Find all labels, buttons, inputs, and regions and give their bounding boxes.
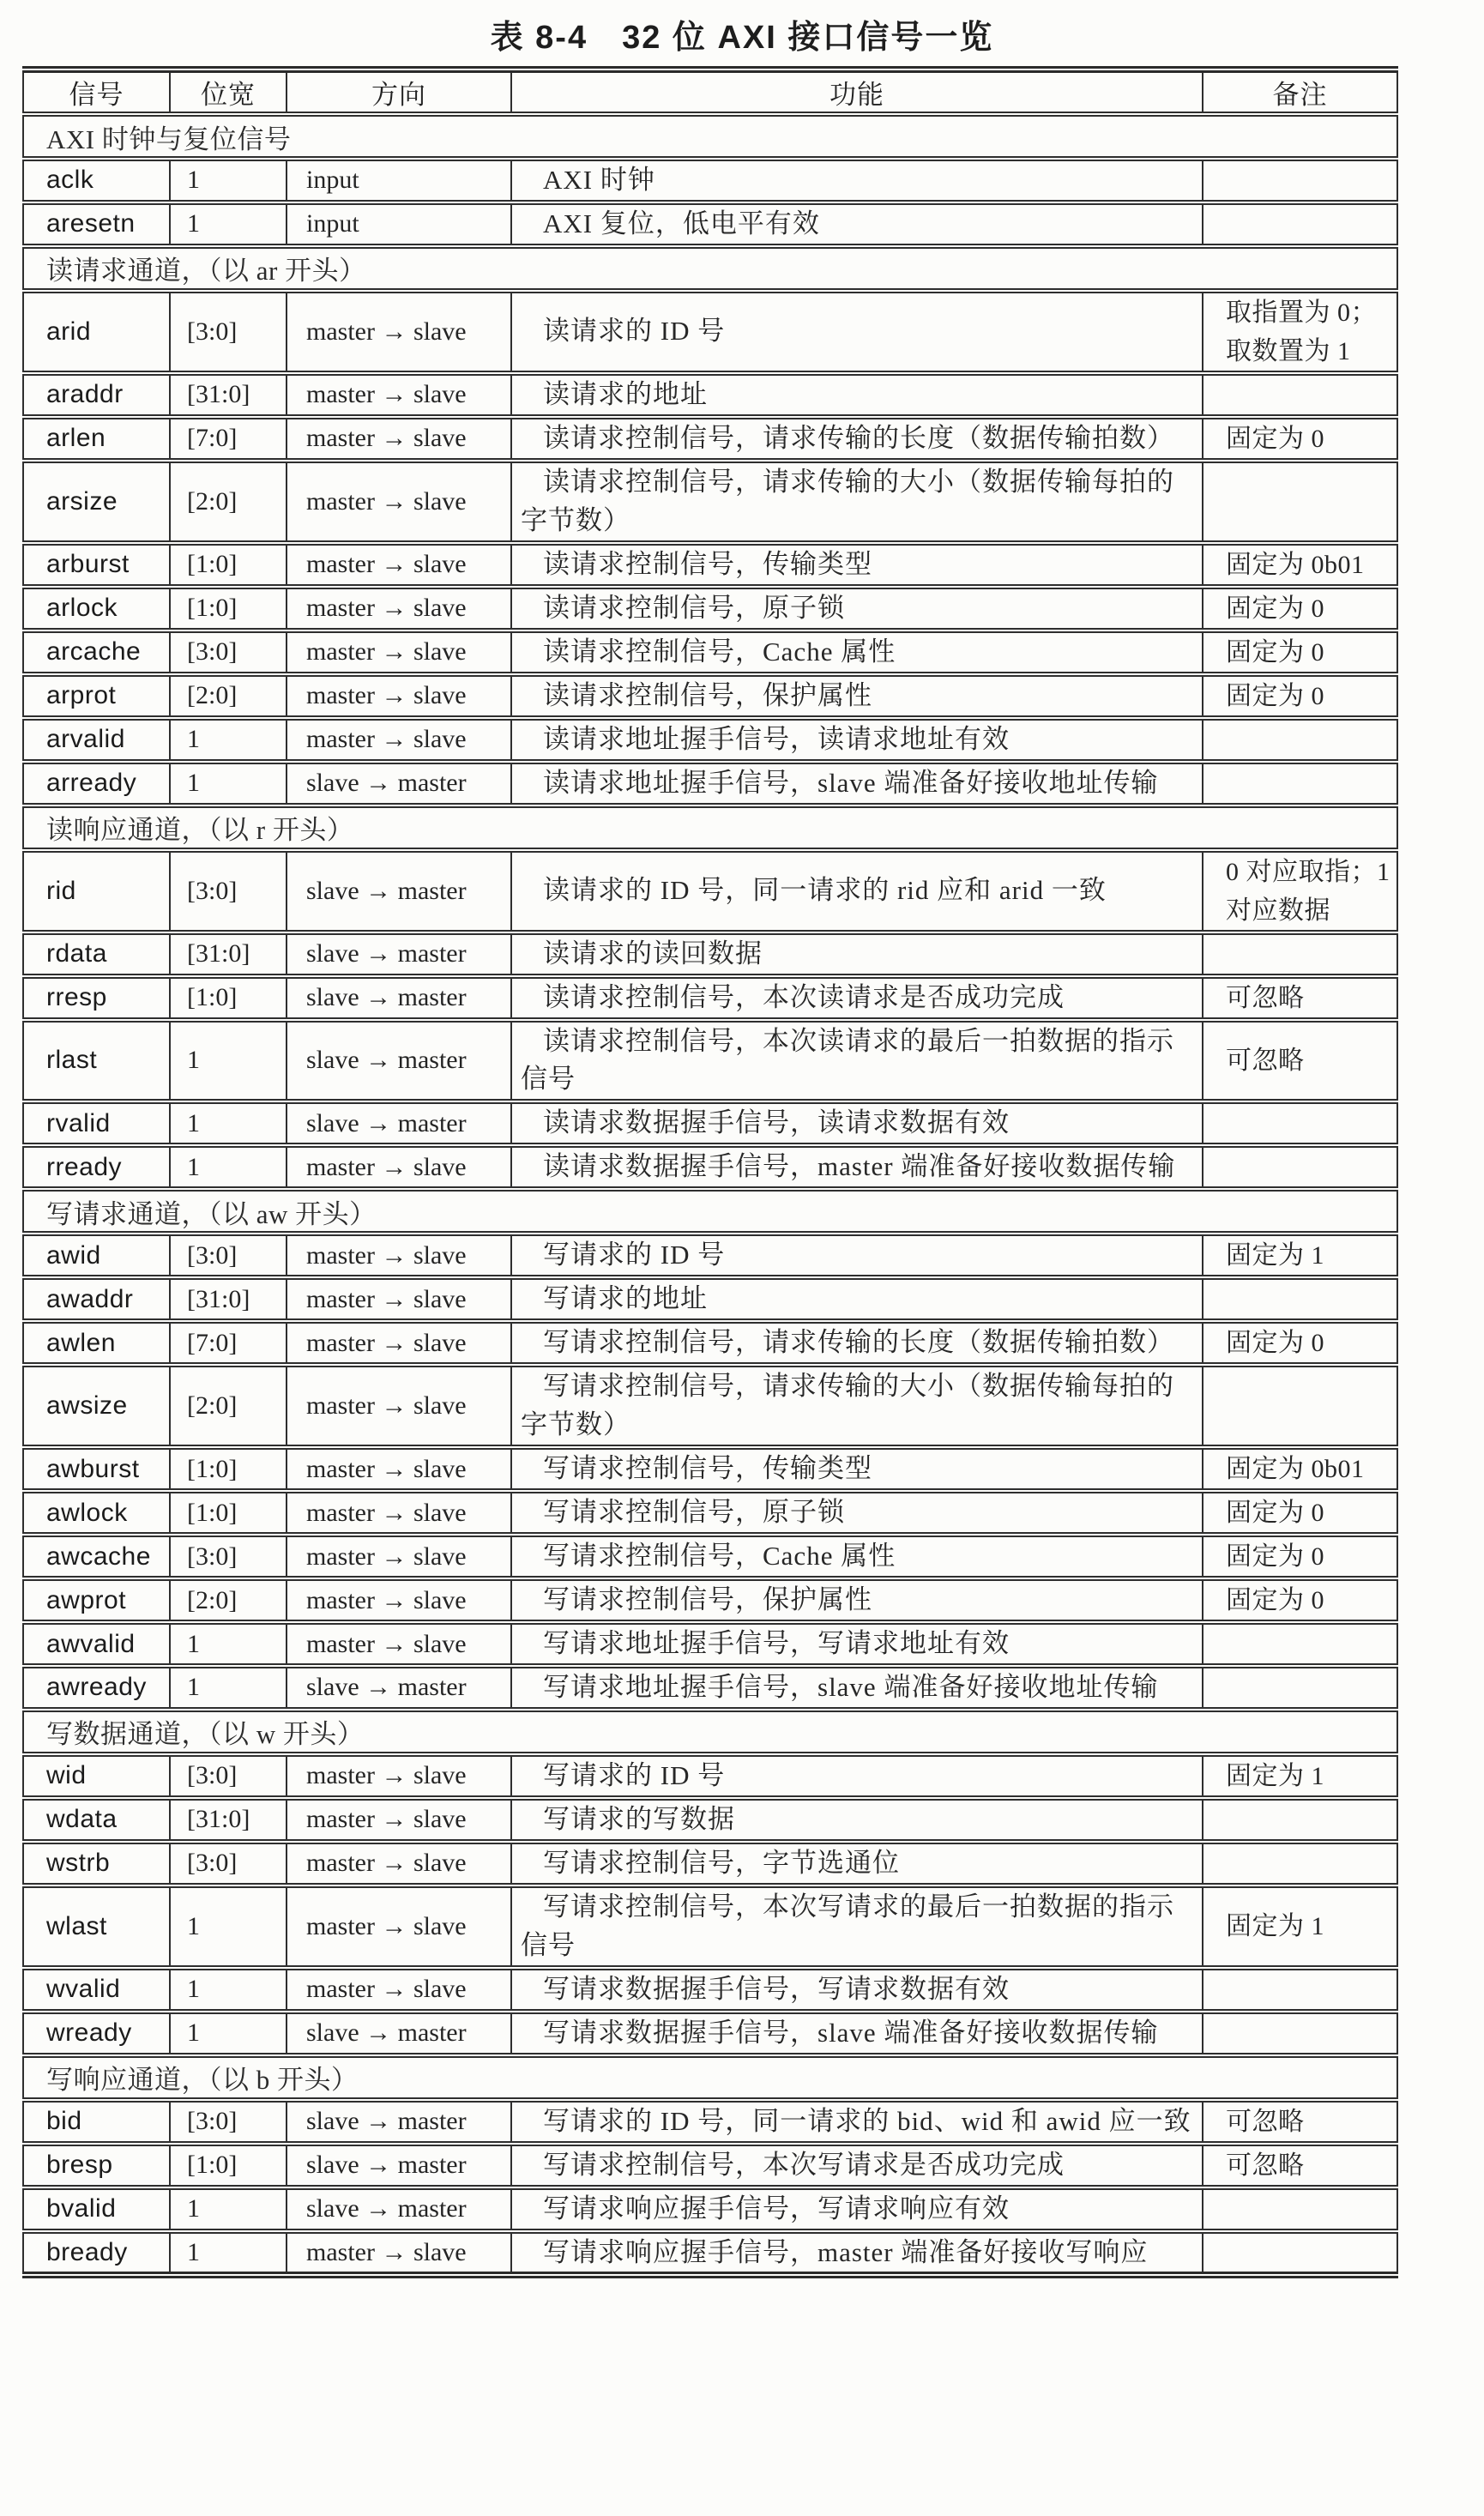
scanned-page: { "page": { "title": "表 8-4 32 位 AXI 接口信… [0, 0, 1484, 2516]
note-cell [1203, 1622, 1397, 1666]
width-cell: 1 [170, 1885, 287, 1968]
section-row: 写数据通道，（以 w 开头） [23, 1710, 1397, 1754]
function-cell: 写请求地址握手信号，slave 端准备好接收地址传输 [511, 1666, 1203, 1710]
table-row: wid[3:0]master → slave写请求的 ID 号固定为 1 [23, 1754, 1397, 1798]
function-cell: 写请求地址握手信号，写请求地址有效 [511, 1622, 1203, 1666]
width-cell: [3:0] [170, 1754, 287, 1798]
section-row: 写请求通道，（以 aw 开头） [23, 1189, 1397, 1234]
width-cell: [3:0] [170, 291, 287, 373]
function-cell: 读请求地址握手信号，读请求地址有效 [511, 718, 1203, 762]
width-cell: [3:0] [170, 1842, 287, 1885]
column-header-direction: 方向 [287, 69, 511, 114]
signal-cell: rresp [23, 976, 170, 1020]
width-cell: [31:0] [170, 1277, 287, 1321]
table-row: arid[3:0]master → slave读请求的 ID 号取指置为 0；取… [23, 291, 1397, 373]
direction-cell: master → slave [287, 2231, 511, 2276]
function-cell: 读请求控制信号，传输类型 [511, 543, 1203, 587]
signal-cell: bready [23, 2231, 170, 2276]
direction-cell: master → slave [287, 1277, 511, 1321]
function-cell: 读请求的 ID 号，同一请求的 rid 应和 arid 一致 [511, 850, 1203, 932]
width-cell: [1:0] [170, 1491, 287, 1535]
direction-cell: slave → master [287, 932, 511, 976]
direction-cell: master → slave [287, 718, 511, 762]
note-cell: 固定为 0b01 [1203, 1447, 1397, 1491]
table-body: AXI 时钟与复位信号aclk1inputAXI 时钟aresetn1input… [23, 114, 1397, 2275]
note-cell: 可忽略 [1203, 2100, 1397, 2144]
table-row: arlen[7:0]master → slave读请求控制信号，请求传输的长度（… [23, 417, 1397, 461]
signal-cell: arburst [23, 543, 170, 587]
section-row: 读请求通道，（以 ar 开头） [23, 246, 1397, 291]
function-cell: 写请求控制信号，本次写请求是否成功完成 [511, 2144, 1203, 2187]
width-cell: 1 [170, 1101, 287, 1145]
section-row: 写响应通道，（以 b 开头） [23, 2055, 1397, 2100]
table-row: awlen[7:0]master → slave写请求控制信号，请求传输的长度（… [23, 1321, 1397, 1365]
table-row: bresp[1:0]slave → master写请求控制信号，本次写请求是否成… [23, 2144, 1397, 2187]
direction-cell: slave → master [287, 850, 511, 932]
signal-cell: rid [23, 850, 170, 932]
table-row: rvalid1slave → master读请求数据握手信号，读请求数据有效 [23, 1101, 1397, 1145]
note-cell [1203, 1365, 1397, 1447]
note-cell: 固定为 0 [1203, 417, 1397, 461]
table-row: rlast1slave → master读请求控制信号，本次读请求的最后一拍数据… [23, 1020, 1397, 1102]
signal-cell: wdata [23, 1798, 170, 1842]
width-cell: [3:0] [170, 850, 287, 932]
note-cell: 固定为 1 [1203, 1885, 1397, 1968]
direction-cell: master → slave [287, 1447, 511, 1491]
signal-cell: awlock [23, 1491, 170, 1535]
width-cell: [7:0] [170, 1321, 287, 1365]
function-cell: 写请求的地址 [511, 1277, 1203, 1321]
width-cell: [31:0] [170, 1798, 287, 1842]
table-row: araddr[31:0]master → slave读请求的地址 [23, 373, 1397, 417]
signal-cell: arlen [23, 417, 170, 461]
direction-cell: input [287, 202, 511, 246]
table-row: awcache[3:0]master → slave写请求控制信号，Cache … [23, 1535, 1397, 1578]
note-cell [1203, 461, 1397, 543]
note-cell [1203, 159, 1397, 202]
function-cell: 写请求控制信号，保护属性 [511, 1578, 1203, 1622]
direction-cell: master → slave [287, 291, 511, 373]
width-cell: [2:0] [170, 674, 287, 718]
signal-cell: awsize [23, 1365, 170, 1447]
table-header: 信号 位宽 方向 功能 备注 [23, 69, 1397, 114]
function-cell: 读请求控制信号，本次读请求是否成功完成 [511, 976, 1203, 1020]
function-cell: 写请求响应握手信号，写请求响应有效 [511, 2187, 1203, 2231]
column-header-width: 位宽 [170, 69, 287, 114]
width-cell: 1 [170, 718, 287, 762]
table-row: awid[3:0]master → slave写请求的 ID 号固定为 1 [23, 1234, 1397, 1277]
function-cell: 写请求数据握手信号，写请求数据有效 [511, 1968, 1203, 2012]
note-cell: 0 对应取指；1 对应数据 [1203, 850, 1397, 932]
direction-cell: master → slave [287, 587, 511, 631]
table-row: rid[3:0]slave → master读请求的 ID 号，同一请求的 ri… [23, 850, 1397, 932]
note-cell [1203, 762, 1397, 805]
table-row: awburst[1:0]master → slave写请求控制信号，传输类型固定… [23, 1447, 1397, 1491]
signal-cell: rready [23, 1145, 170, 1189]
signal-cell: arid [23, 291, 170, 373]
note-cell: 取指置为 0；取数置为 1 [1203, 291, 1397, 373]
direction-cell: master → slave [287, 631, 511, 674]
direction-cell: slave → master [287, 762, 511, 805]
width-cell: [1:0] [170, 587, 287, 631]
table-row: bvalid1slave → master写请求响应握手信号，写请求响应有效 [23, 2187, 1397, 2231]
table-row: arcache[3:0]master → slave读请求控制信号，Cache … [23, 631, 1397, 674]
width-cell: 1 [170, 762, 287, 805]
function-cell: 写请求的 ID 号 [511, 1754, 1203, 1798]
note-cell: 固定为 0 [1203, 1535, 1397, 1578]
function-cell: 写请求控制信号，传输类型 [511, 1447, 1203, 1491]
function-cell: 读请求的 ID 号 [511, 291, 1203, 373]
function-cell: 写请求控制信号，本次写请求的最后一拍数据的指示信号 [511, 1885, 1203, 1968]
note-cell: 可忽略 [1203, 2144, 1397, 2187]
width-cell: 1 [170, 1020, 287, 1102]
table-row: rdata[31:0]slave → master读请求的读回数据 [23, 932, 1397, 976]
direction-cell: master → slave [287, 461, 511, 543]
function-cell: 读请求控制信号，原子锁 [511, 587, 1203, 631]
direction-cell: input [287, 159, 511, 202]
direction-cell: master → slave [287, 1885, 511, 1968]
table-row: awprot[2:0]master → slave写请求控制信号，保护属性固定为… [23, 1578, 1397, 1622]
note-cell: 固定为 0 [1203, 674, 1397, 718]
function-cell: 写请求控制信号，原子锁 [511, 1491, 1203, 1535]
signal-cell: awlen [23, 1321, 170, 1365]
width-cell: [3:0] [170, 631, 287, 674]
function-cell: 写请求响应握手信号，master 端准备好接收写响应 [511, 2231, 1203, 2276]
direction-cell: slave → master [287, 2144, 511, 2187]
signal-cell: bid [23, 2100, 170, 2144]
section-label: 写响应通道，（以 b 开头） [23, 2055, 1397, 2100]
width-cell: 1 [170, 1968, 287, 2012]
direction-cell: slave → master [287, 2187, 511, 2231]
width-cell: [1:0] [170, 1447, 287, 1491]
function-cell: AXI 复位，低电平有效 [511, 202, 1203, 246]
signal-cell: bresp [23, 2144, 170, 2187]
direction-cell: master → slave [287, 1968, 511, 2012]
direction-cell: master → slave [287, 1798, 511, 1842]
width-cell: [2:0] [170, 1365, 287, 1447]
section-row: AXI 时钟与复位信号 [23, 114, 1397, 159]
note-cell [1203, 1842, 1397, 1885]
table-row: bready1master → slave写请求响应握手信号，master 端准… [23, 2231, 1397, 2276]
table-row: arlock[1:0]master → slave读请求控制信号，原子锁固定为 … [23, 587, 1397, 631]
function-cell: 写请求控制信号，Cache 属性 [511, 1535, 1203, 1578]
width-cell: [3:0] [170, 1234, 287, 1277]
note-cell: 固定为 0 [1203, 587, 1397, 631]
signal-cell: bvalid [23, 2187, 170, 2231]
signal-cell: wlast [23, 1885, 170, 1968]
note-cell [1203, 2012, 1397, 2055]
direction-cell: master → slave [287, 1145, 511, 1189]
axi-signal-table: 信号 位宽 方向 功能 备注 AXI 时钟与复位信号aclk1inputAXI … [22, 66, 1398, 2278]
note-cell [1203, 202, 1397, 246]
width-cell: [2:0] [170, 461, 287, 543]
width-cell: 1 [170, 159, 287, 202]
note-cell: 固定为 0 [1203, 631, 1397, 674]
table-row: rresp[1:0]slave → master读请求控制信号，本次读请求是否成… [23, 976, 1397, 1020]
signal-cell: awcache [23, 1535, 170, 1578]
width-cell: 1 [170, 1622, 287, 1666]
function-cell: 读请求的地址 [511, 373, 1203, 417]
page-title: 表 8-4 32 位 AXI 接口信号一览 [0, 10, 1484, 57]
signal-cell: rlast [23, 1020, 170, 1102]
function-cell: 读请求数据握手信号，读请求数据有效 [511, 1101, 1203, 1145]
function-cell: 读请求控制信号，本次读请求的最后一拍数据的指示信号 [511, 1020, 1203, 1102]
note-cell: 可忽略 [1203, 1020, 1397, 1102]
table-row: aclk1inputAXI 时钟 [23, 159, 1397, 202]
section-row: 读响应通道，（以 r 开头） [23, 805, 1397, 850]
direction-cell: master → slave [287, 1491, 511, 1535]
direction-cell: master → slave [287, 1365, 511, 1447]
width-cell: 1 [170, 202, 287, 246]
function-cell: 读请求数据握手信号，master 端准备好接收数据传输 [511, 1145, 1203, 1189]
width-cell: 1 [170, 1145, 287, 1189]
column-header-signal: 信号 [23, 69, 170, 114]
function-cell: 写请求控制信号，字节选通位 [511, 1842, 1203, 1885]
signal-cell: awid [23, 1234, 170, 1277]
function-cell: 读请求地址握手信号，slave 端准备好接收地址传输 [511, 762, 1203, 805]
note-cell [1203, 1666, 1397, 1710]
direction-cell: slave → master [287, 976, 511, 1020]
direction-cell: master → slave [287, 543, 511, 587]
width-cell: [3:0] [170, 1535, 287, 1578]
note-cell [1203, 1101, 1397, 1145]
direction-cell: master → slave [287, 674, 511, 718]
table-row: awvalid1master → slave写请求地址握手信号，写请求地址有效 [23, 1622, 1397, 1666]
signal-cell: aclk [23, 159, 170, 202]
direction-cell: master → slave [287, 417, 511, 461]
function-cell: 写请求的 ID 号 [511, 1234, 1203, 1277]
table-row: wdata[31:0]master → slave写请求的写数据 [23, 1798, 1397, 1842]
note-cell: 固定为 0b01 [1203, 543, 1397, 587]
width-cell: [1:0] [170, 976, 287, 1020]
table-row: arvalid1master → slave读请求地址握手信号，读请求地址有效 [23, 718, 1397, 762]
table-row: awlock[1:0]master → slave写请求控制信号，原子锁固定为 … [23, 1491, 1397, 1535]
signal-cell: araddr [23, 373, 170, 417]
direction-cell: master → slave [287, 373, 511, 417]
function-cell: 读请求的读回数据 [511, 932, 1203, 976]
signal-cell: wid [23, 1754, 170, 1798]
note-cell: 固定为 1 [1203, 1754, 1397, 1798]
note-cell: 固定为 0 [1203, 1321, 1397, 1365]
signal-cell: awready [23, 1666, 170, 1710]
direction-cell: slave → master [287, 2100, 511, 2144]
direction-cell: master → slave [287, 1234, 511, 1277]
signal-cell: awburst [23, 1447, 170, 1491]
signal-cell: aresetn [23, 202, 170, 246]
section-label: 读响应通道，（以 r 开头） [23, 805, 1397, 850]
section-label: 写请求通道，（以 aw 开头） [23, 1189, 1397, 1234]
direction-cell: slave → master [287, 1101, 511, 1145]
function-cell: 写请求控制信号，请求传输的长度（数据传输拍数） [511, 1321, 1203, 1365]
direction-cell: slave → master [287, 1666, 511, 1710]
table-row: awsize[2:0]master → slave写请求控制信号，请求传输的大小… [23, 1365, 1397, 1447]
table-row: aresetn1inputAXI 复位，低电平有效 [23, 202, 1397, 246]
note-cell [1203, 932, 1397, 976]
width-cell: [2:0] [170, 1578, 287, 1622]
function-cell: 读请求控制信号，保护属性 [511, 674, 1203, 718]
note-cell [1203, 1968, 1397, 2012]
function-cell: 写请求控制信号，请求传输的大小（数据传输每拍的字节数） [511, 1365, 1203, 1447]
width-cell: [1:0] [170, 2144, 287, 2187]
direction-cell: master → slave [287, 1321, 511, 1365]
note-cell [1203, 373, 1397, 417]
table-row: arburst[1:0]master → slave读请求控制信号，传输类型固定… [23, 543, 1397, 587]
width-cell: 1 [170, 2012, 287, 2055]
table-row: arready1slave → master读请求地址握手信号，slave 端准… [23, 762, 1397, 805]
direction-cell: master → slave [287, 1622, 511, 1666]
note-cell [1203, 1798, 1397, 1842]
note-cell: 固定为 1 [1203, 1234, 1397, 1277]
direction-cell: master → slave [287, 1535, 511, 1578]
table-row: awready1slave → master写请求地址握手信号，slave 端准… [23, 1666, 1397, 1710]
function-cell: 读请求控制信号，请求传输的长度（数据传输拍数） [511, 417, 1203, 461]
section-label: AXI 时钟与复位信号 [23, 114, 1397, 159]
column-header-note: 备注 [1203, 69, 1397, 114]
signal-cell: wvalid [23, 1968, 170, 2012]
direction-cell: master → slave [287, 1754, 511, 1798]
header-row: 信号 位宽 方向 功能 备注 [23, 69, 1397, 114]
signal-cell: wstrb [23, 1842, 170, 1885]
width-cell: 1 [170, 2187, 287, 2231]
signal-cell: arvalid [23, 718, 170, 762]
width-cell: 1 [170, 1666, 287, 1710]
function-cell: 读请求控制信号，请求传输的大小（数据传输每拍的字节数） [511, 461, 1203, 543]
signal-cell: arlock [23, 587, 170, 631]
width-cell: [7:0] [170, 417, 287, 461]
signal-cell: awvalid [23, 1622, 170, 1666]
width-cell: [1:0] [170, 543, 287, 587]
width-cell: [31:0] [170, 373, 287, 417]
signal-cell: awaddr [23, 1277, 170, 1321]
column-header-function: 功能 [511, 69, 1203, 114]
section-label: 读请求通道，（以 ar 开头） [23, 246, 1397, 291]
width-cell: 1 [170, 2231, 287, 2276]
note-cell [1203, 1277, 1397, 1321]
note-cell [1203, 1145, 1397, 1189]
note-cell: 固定为 0 [1203, 1491, 1397, 1535]
table-row: arprot[2:0]master → slave读请求控制信号，保护属性固定为… [23, 674, 1397, 718]
signal-cell: arprot [23, 674, 170, 718]
direction-cell: slave → master [287, 1020, 511, 1102]
direction-cell: master → slave [287, 1578, 511, 1622]
signal-cell: arsize [23, 461, 170, 543]
note-cell [1203, 2187, 1397, 2231]
note-cell [1203, 2231, 1397, 2276]
signal-cell: rvalid [23, 1101, 170, 1145]
function-cell: 写请求的 ID 号，同一请求的 bid、wid 和 awid 应一致 [511, 2100, 1203, 2144]
note-cell: 可忽略 [1203, 976, 1397, 1020]
table-row: bid[3:0]slave → master写请求的 ID 号，同一请求的 bi… [23, 2100, 1397, 2144]
direction-cell: master → slave [287, 1842, 511, 1885]
table-row: arsize[2:0]master → slave读请求控制信号，请求传输的大小… [23, 461, 1397, 543]
table-row: wlast1master → slave写请求控制信号，本次写请求的最后一拍数据… [23, 1885, 1397, 1968]
function-cell: 读请求控制信号，Cache 属性 [511, 631, 1203, 674]
signal-cell: awprot [23, 1578, 170, 1622]
function-cell: 写请求的写数据 [511, 1798, 1203, 1842]
section-label: 写数据通道，（以 w 开头） [23, 1710, 1397, 1754]
table-row: wready1slave → master写请求数据握手信号，slave 端准备… [23, 2012, 1397, 2055]
function-cell: 写请求数据握手信号，slave 端准备好接收数据传输 [511, 2012, 1203, 2055]
signal-cell: arcache [23, 631, 170, 674]
signal-cell: rdata [23, 932, 170, 976]
width-cell: [31:0] [170, 932, 287, 976]
table-row: rready1master → slave读请求数据握手信号，master 端准… [23, 1145, 1397, 1189]
function-cell: AXI 时钟 [511, 159, 1203, 202]
note-cell [1203, 718, 1397, 762]
table-row: awaddr[31:0]master → slave写请求的地址 [23, 1277, 1397, 1321]
note-cell: 固定为 0 [1203, 1578, 1397, 1622]
signal-cell: wready [23, 2012, 170, 2055]
table-row: wvalid1master → slave写请求数据握手信号，写请求数据有效 [23, 1968, 1397, 2012]
width-cell: [3:0] [170, 2100, 287, 2144]
table-row: wstrb[3:0]master → slave写请求控制信号，字节选通位 [23, 1842, 1397, 1885]
signal-cell: arready [23, 762, 170, 805]
direction-cell: slave → master [287, 2012, 511, 2055]
